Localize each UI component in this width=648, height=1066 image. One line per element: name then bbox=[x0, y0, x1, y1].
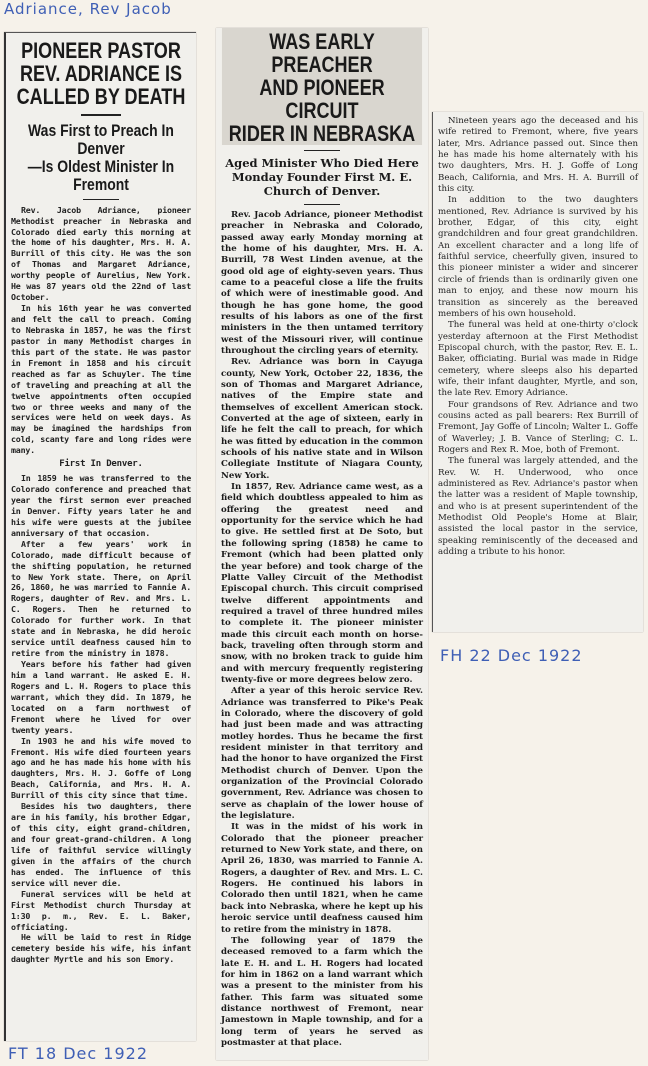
subhead-line: Was First to Preach In Denver bbox=[10, 122, 192, 158]
paragraph: In his 16th year he was converted and fe… bbox=[11, 303, 191, 456]
left-subheadline: Was First to Preach In Denver —Is Oldest… bbox=[10, 122, 192, 193]
subhead-line: Church of Denver. bbox=[220, 185, 424, 199]
middle-headline: WAS EARLY PREACHER AND PIONEER CIRCUIT R… bbox=[222, 28, 422, 145]
paragraph: Besides his two daughters, there are in … bbox=[11, 801, 191, 889]
paragraph: The funeral was held at one-thirty o'clo… bbox=[438, 320, 638, 399]
headline-line: REV. ADRIANCE IS bbox=[10, 62, 192, 85]
divider bbox=[81, 114, 121, 116]
headline-line: AND PIONEER CIRCUIT bbox=[222, 76, 422, 122]
paragraph: After a few years' work in Colorado, mad… bbox=[11, 539, 191, 659]
headline-line: WAS EARLY PREACHER bbox=[222, 30, 422, 76]
paragraph: Rev. Jacob Adriance, pioneer Methodist p… bbox=[11, 205, 191, 303]
clipping-fh-obituary-continued: Nineteen years ago the deceased and his … bbox=[432, 112, 643, 632]
left-headline: PIONEER PASTOR REV. ADRIANCE IS CALLED B… bbox=[10, 39, 192, 108]
paragraph: He will be laid to rest in Ridge cemeter… bbox=[11, 932, 191, 965]
paragraph: Four grandsons of Rev. Adriance and two … bbox=[438, 400, 638, 457]
subhead-line: Aged Minister Who Died Here bbox=[220, 157, 424, 171]
headline-line: PIONEER PASTOR bbox=[10, 39, 192, 62]
paragraph: In 1903 he and his wife moved to Fremont… bbox=[11, 736, 191, 802]
left-article-body: Rev. Jacob Adriance, pioneer Methodist p… bbox=[6, 205, 196, 966]
paragraph: Funeral services will be held at First M… bbox=[11, 889, 191, 933]
paragraph: Nineteen years ago the deceased and his … bbox=[438, 116, 638, 195]
paragraph: Rev. Adriance was born in Cayuga county,… bbox=[221, 357, 423, 482]
divider bbox=[304, 150, 340, 151]
paragraph: Years before his father had given him a … bbox=[11, 659, 191, 736]
paragraph: After a year of this heroic service Rev.… bbox=[221, 686, 423, 822]
paragraph: The funeral was largely attended, and th… bbox=[438, 456, 638, 558]
subhead-line: Fremont bbox=[10, 176, 192, 194]
paragraph: In 1857, Rev. Adriance came west, as a f… bbox=[221, 482, 423, 686]
middle-subheadline: Aged Minister Who Died Here Monday Found… bbox=[220, 157, 424, 198]
middle-article-body: Rev. Jacob Adriance, pioneer Methodist p… bbox=[216, 210, 428, 1049]
section-heading: First In Denver. bbox=[11, 459, 191, 471]
handwritten-source-fh: FH 22 Dec 1922 bbox=[440, 646, 583, 665]
paragraph: It was in the midst of his work in Color… bbox=[221, 822, 423, 935]
divider bbox=[83, 199, 119, 200]
handwritten-source-ft: FT 18 Dec 1922 bbox=[8, 1044, 148, 1063]
subhead-line: Monday Founder First M. E. bbox=[220, 171, 424, 185]
paragraph: Rev. Jacob Adriance, pioneer Methodist p… bbox=[221, 210, 423, 357]
clipping-ft-obituary: PIONEER PASTOR REV. ADRIANCE IS CALLED B… bbox=[4, 32, 196, 1041]
subhead-line: —Is Oldest Minister In bbox=[10, 158, 192, 176]
handwritten-label-name: Adriance, Rev Jacob bbox=[4, 0, 172, 18]
headline-line: CALLED BY DEATH bbox=[10, 85, 192, 108]
right-article-body: Nineteen years ago the deceased and his … bbox=[433, 112, 643, 558]
divider bbox=[304, 204, 340, 205]
paragraph: In addition to the two daughters mention… bbox=[438, 195, 638, 320]
clipping-middle-obituary: WAS EARLY PREACHER AND PIONEER CIRCUIT R… bbox=[216, 28, 428, 1060]
paragraph: In 1859 he was transferred to the Colora… bbox=[11, 473, 191, 539]
headline-line: RIDER IN NEBRASKA bbox=[222, 122, 422, 145]
paragraph: The following year of 1879 the deceased … bbox=[221, 936, 423, 1049]
